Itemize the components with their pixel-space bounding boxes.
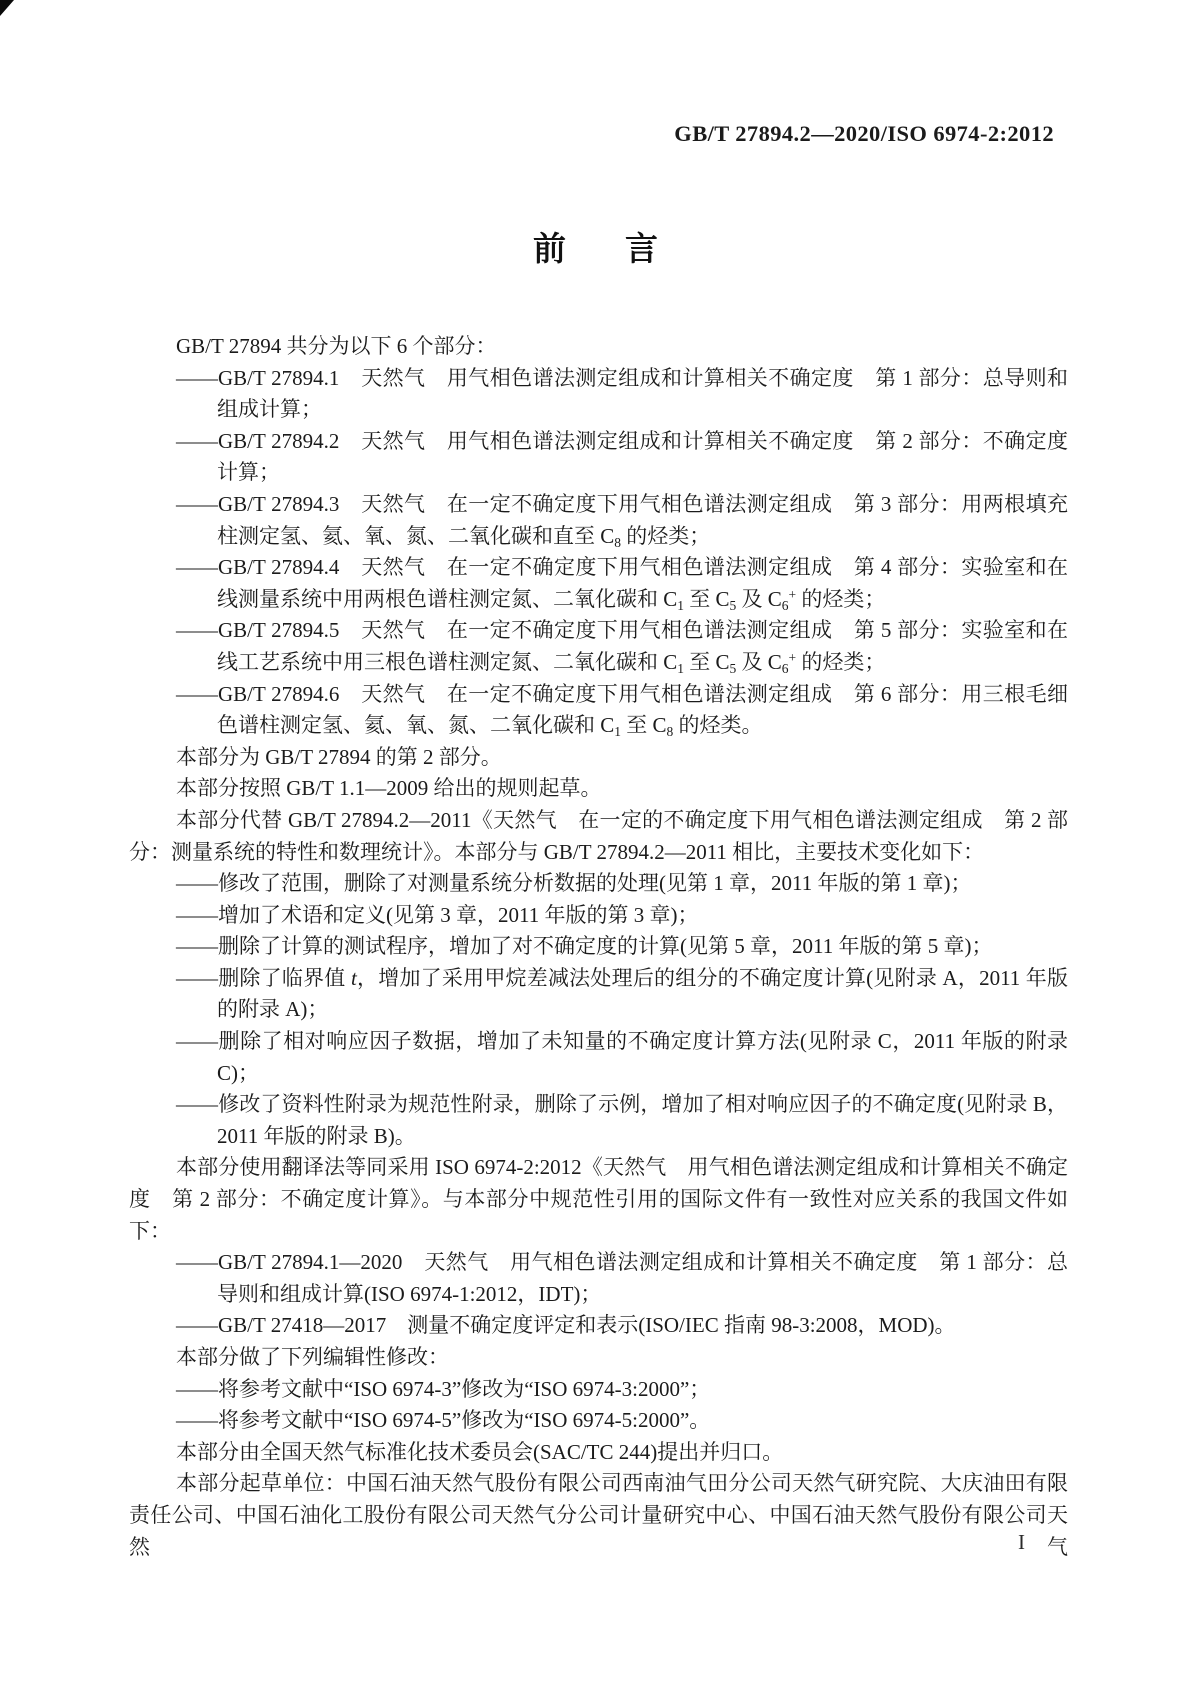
list-item: ——增加了术语和定义(见第 3 章，2011 年版的第 3 章)；: [129, 900, 1068, 932]
paragraph: GB/T 27894 共分为以下 6 个部分：: [129, 331, 1068, 363]
list-item: ——修改了资料性附录为规范性附录，删除了示例，增加了相对响应因子的不确定度(见附…: [129, 1089, 1068, 1152]
document-page: GB/T 27894.2—2020/ISO 6974-2:2012 前言 GB/…: [0, 0, 1191, 1684]
paragraph: 本部分使用翻译法等同采用 ISO 6974-2:2012《天然气 用气相色谱法测…: [129, 1152, 1068, 1247]
page-title: 前言: [0, 223, 1191, 270]
list-item: ——GB/T 27894.1 天然气 用气相色谱法测定组成和计算相关不确定度 第…: [129, 363, 1068, 426]
list-item: ——GB/T 27894.5 天然气 在一定不确定度下用气相色谱法测定组成 第 …: [129, 615, 1068, 678]
body-blocks: GB/T 27894 共分为以下 6 个部分：——GB/T 27894.1 天然…: [129, 331, 1068, 1563]
list-item: ——GB/T 27894.4 天然气 在一定不确定度下用气相色谱法测定组成 第 …: [129, 552, 1068, 615]
paragraph: 本部分按照 GB/T 1.1—2009 给出的规则起草。: [129, 773, 1068, 805]
scan-corner-artifact: [0, 0, 14, 16]
list-item: ——GB/T 27894.3 天然气 在一定不确定度下用气相色谱法测定组成 第 …: [129, 489, 1068, 552]
document-standard-code: GB/T 27894.2—2020/ISO 6974-2:2012: [674, 121, 1054, 147]
list-item: ——删除了计算的测试程序，增加了对不确定度的计算(见第 5 章，2011 年版的…: [129, 931, 1068, 963]
list-item: ——GB/T 27894.6 天然气 在一定不确定度下用气相色谱法测定组成 第 …: [129, 679, 1068, 742]
paragraph: 本部分由全国天然气标准化技术委员会(SAC/TC 244)提出并归口。: [129, 1437, 1068, 1469]
list-item: ——GB/T 27894.1—2020 天然气 用气相色谱法测定组成和计算相关不…: [129, 1247, 1068, 1310]
list-item: ——GB/T 27894.2 天然气 用气相色谱法测定组成和计算相关不确定度 第…: [129, 426, 1068, 489]
list-item: ——将参考文献中“ISO 6974-5”修改为“ISO 6974-5:2000”…: [129, 1405, 1068, 1437]
paragraph: 本部分做了下列编辑性修改：: [129, 1342, 1068, 1374]
list-item: ——删除了相对响应因子数据，增加了未知量的不确定度计算方法(见附录 C，2011…: [129, 1026, 1068, 1089]
paragraph: 本部分代替 GB/T 27894.2—2011《天然气 在一定的不确定度下用气相…: [129, 805, 1068, 868]
paragraph: 本部分起草单位：中国石油天然气股份有限公司西南油气田分公司天然气研究院、大庆油田…: [129, 1468, 1068, 1563]
list-item: ——删除了临界值 t，增加了采用甲烷差减法处理后的组分的不确定度计算(见附录 A…: [129, 963, 1068, 1026]
list-item: ——GB/T 27418—2017 测量不确定度评定和表示(ISO/IEC 指南…: [129, 1310, 1068, 1342]
list-item: ——将参考文献中“ISO 6974-3”修改为“ISO 6974-3:2000”…: [129, 1374, 1068, 1406]
paragraph: 本部分为 GB/T 27894 的第 2 部分。: [129, 742, 1068, 774]
list-item: ——修改了范围，删除了对测量系统分析数据的处理(见第 1 章，2011 年版的第…: [129, 868, 1068, 900]
page-number: I: [1018, 1530, 1025, 1555]
